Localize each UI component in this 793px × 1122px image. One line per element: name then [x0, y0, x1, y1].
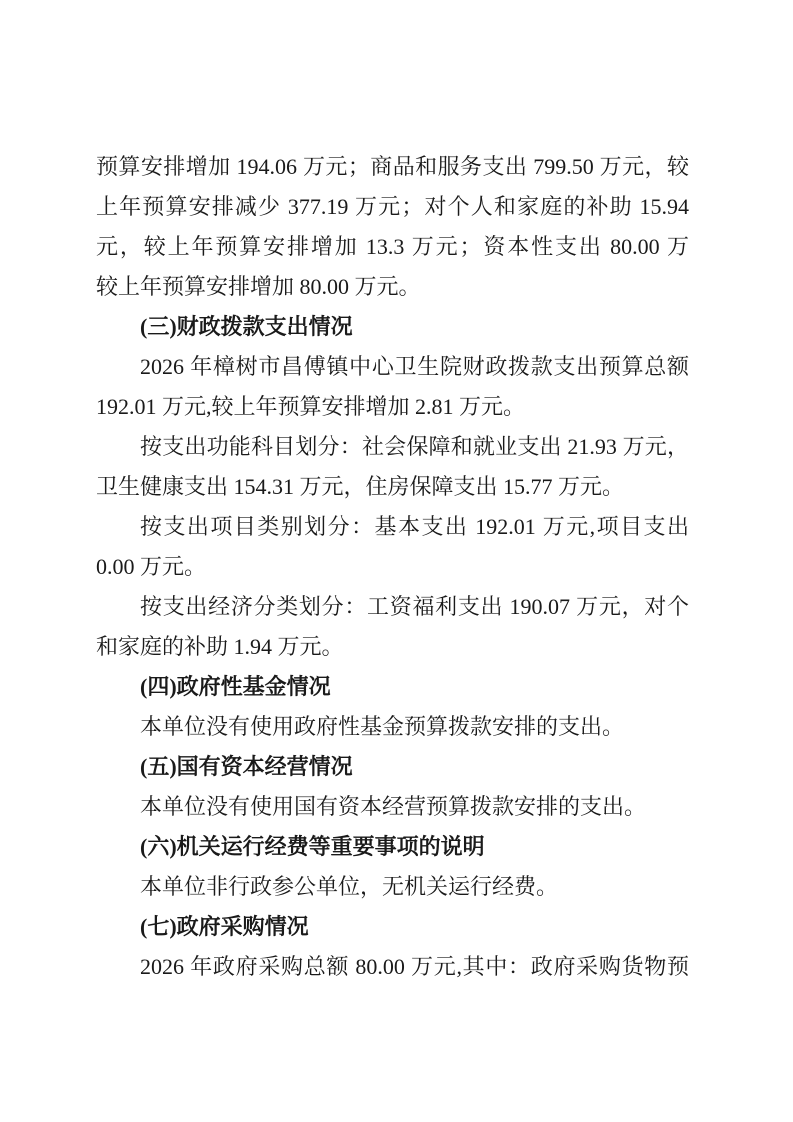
section-heading: (六)机关运行经费等重要事项的说明 — [96, 827, 689, 867]
text-line: 2026 年樟树市昌傅镇中心卫生院财政拨款支出预算总额 — [96, 347, 689, 387]
section-heading: (四)政府性基金情况 — [96, 667, 689, 707]
text-line: 较上年预算安排增加 80.00 万元。 — [96, 267, 689, 307]
text-line: 卫生健康支出 154.31 万元，住房保障支出 15.77 万元。 — [96, 467, 689, 507]
document-page: 预算安排增加 194.06 万元；商品和服务支出 799.50 万元，较上年预算… — [0, 0, 793, 1122]
text-line: 元，较上年预算安排增加 13.3 万元；资本性支出 80.00 万元， — [96, 227, 689, 267]
text-line: 本单位没有使用国有资本经营预算拨款安排的支出。 — [96, 787, 689, 827]
text-line: 0.00 万元。 — [96, 547, 689, 587]
text-line: 预算安排增加 194.06 万元；商品和服务支出 799.50 万元，较 — [96, 147, 689, 187]
text-line: 本单位非行政参公单位，无机关运行经费。 — [96, 867, 689, 907]
text-line: 2026 年政府采购总额 80.00 万元,其中：政府采购货物预 — [96, 947, 689, 987]
text-line: 按支出功能科目划分：社会保障和就业支出 21.93 万元， — [96, 427, 689, 467]
text-line: 本单位没有使用政府性基金预算拨款安排的支出。 — [96, 707, 689, 747]
text-line: 按支出经济分类划分：工资福利支出 190.07 万元，对个人 — [96, 587, 689, 627]
text-line: 按支出项目类别划分：基本支出 192.01 万元,项目支出 — [96, 507, 689, 547]
text-line: 上年预算安排减少 377.19 万元；对个人和家庭的补助 15.94 万 — [96, 187, 689, 227]
text-line: 和家庭的补助 1.94 万元。 — [96, 627, 689, 667]
section-heading: (三)财政拨款支出情况 — [96, 307, 689, 347]
text-line: 192.01 万元,较上年预算安排增加 2.81 万元。 — [96, 387, 689, 427]
section-heading: (七)政府采购情况 — [96, 907, 689, 947]
document-body: 预算安排增加 194.06 万元；商品和服务支出 799.50 万元，较上年预算… — [96, 147, 689, 987]
section-heading: (五)国有资本经营情况 — [96, 747, 689, 787]
